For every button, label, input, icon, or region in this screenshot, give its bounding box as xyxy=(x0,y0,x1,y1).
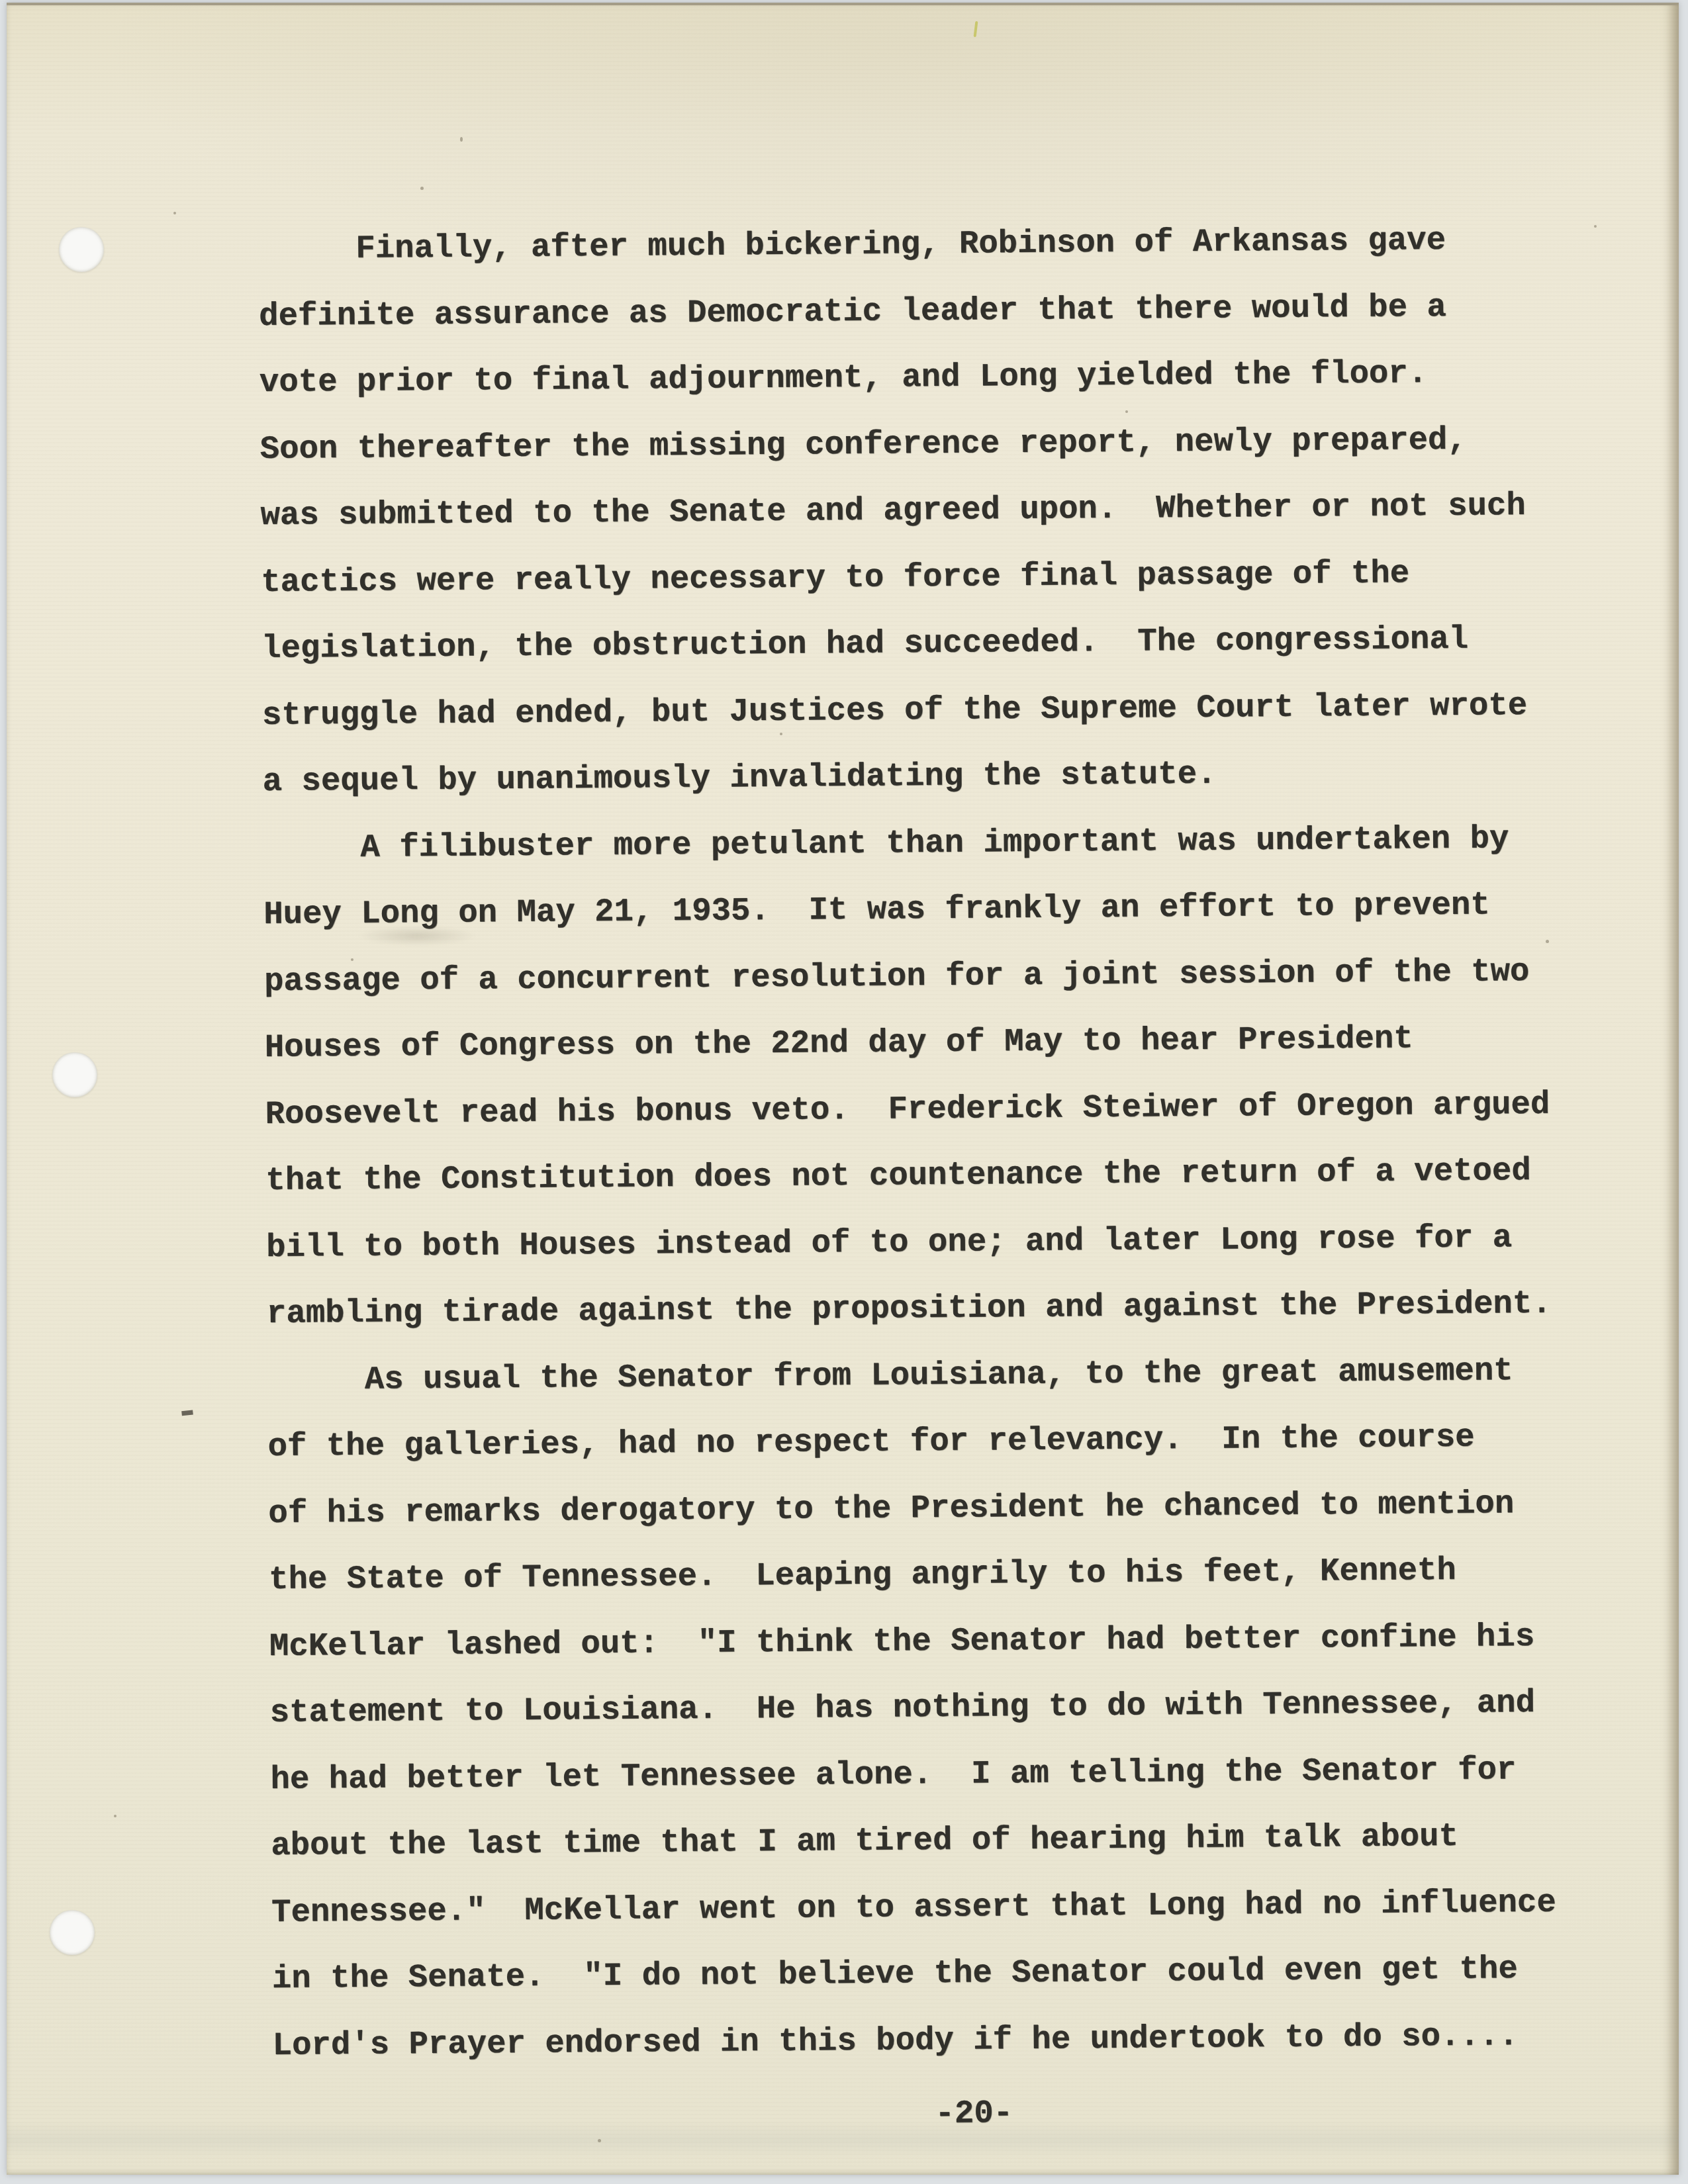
text-line: tactics were really necessary to force f… xyxy=(261,539,1559,615)
text-line: of the galleries, had no respect for rel… xyxy=(267,1404,1566,1480)
dust-speck xyxy=(1546,940,1549,943)
punch-hole-middle xyxy=(52,1052,97,1097)
dust-speck xyxy=(420,187,424,190)
scanned-document: { "document": { "kind": "typewritten typ… xyxy=(0,0,1688,2184)
text-line: passage of a concurrent resolution for a… xyxy=(264,938,1562,1015)
text-line: Soon thereafter the missing conference r… xyxy=(259,406,1558,482)
text-line: he had better let Tennessee alone. I am … xyxy=(270,1736,1568,1813)
dust-speck xyxy=(1125,410,1128,413)
text-line: of his remarks derogatory to the Preside… xyxy=(268,1470,1566,1547)
text-line: vote prior to final adjournment, and Lon… xyxy=(259,340,1558,416)
dust-speck xyxy=(780,733,782,735)
dust-speck xyxy=(114,1815,117,1817)
pencil-margin-dash: - xyxy=(177,1429,194,1435)
text-line: Lord's Prayer endorsed in this body if h… xyxy=(272,2002,1570,2079)
text-line: Roosevelt read his bonus veto. Frederick… xyxy=(265,1071,1563,1148)
text-line: definite assurance as Democratic leader … xyxy=(259,273,1557,349)
paper-fiber xyxy=(974,21,978,37)
text-line: was submitted to the Senate and agreed u… xyxy=(260,473,1558,549)
text-line: Finally, after much bickering, Robinson … xyxy=(258,206,1556,283)
dust-speck xyxy=(598,2139,601,2142)
text-line: As usual the Senator from Louisiana, to … xyxy=(267,1337,1565,1414)
text-line: McKellar lashed out: "I think the Senato… xyxy=(269,1603,1568,1680)
dust-speck xyxy=(1594,225,1597,228)
text-line: bill to both Houses instead of to one; a… xyxy=(266,1204,1564,1281)
ink-smudge xyxy=(357,926,477,946)
typescript-text: Finally, after much bickering, Robinson … xyxy=(258,206,1570,2079)
text-line: a sequel by unanimously invalidating the… xyxy=(262,739,1560,815)
page-number: -20- xyxy=(935,2080,1013,2147)
text-line: legislation, the obstruction had succeed… xyxy=(261,606,1560,682)
text-line: struggle had ended, but Justices of the … xyxy=(262,672,1560,749)
text-line: in the Senate. "I do not believe the Sen… xyxy=(272,1936,1570,2013)
text-line: that the Constitution does not countenan… xyxy=(265,1138,1564,1214)
text-line: statement to Louisiana. He has nothing t… xyxy=(269,1670,1568,1747)
text-line: rambling tirade against the proposition … xyxy=(267,1271,1565,1347)
text-line: Tennessee." McKellar went on to assert t… xyxy=(271,1869,1570,1946)
text-line: Houses of Congress on the 22nd day of Ma… xyxy=(264,1005,1562,1081)
text-line: the State of Tennessee. Leaping angrily … xyxy=(269,1537,1567,1614)
dust-speck xyxy=(460,137,463,142)
punch-hole-top xyxy=(59,227,104,272)
punch-hole-bottom xyxy=(50,1910,95,1955)
text-line: about the last time that I am tired of h… xyxy=(271,1803,1569,1880)
dust-speck xyxy=(173,212,176,214)
text-line: A filibuster more petulant than importan… xyxy=(263,805,1561,882)
document-page: Finally, after much bickering, Robinson … xyxy=(7,3,1679,2175)
dust-speck xyxy=(351,958,353,961)
